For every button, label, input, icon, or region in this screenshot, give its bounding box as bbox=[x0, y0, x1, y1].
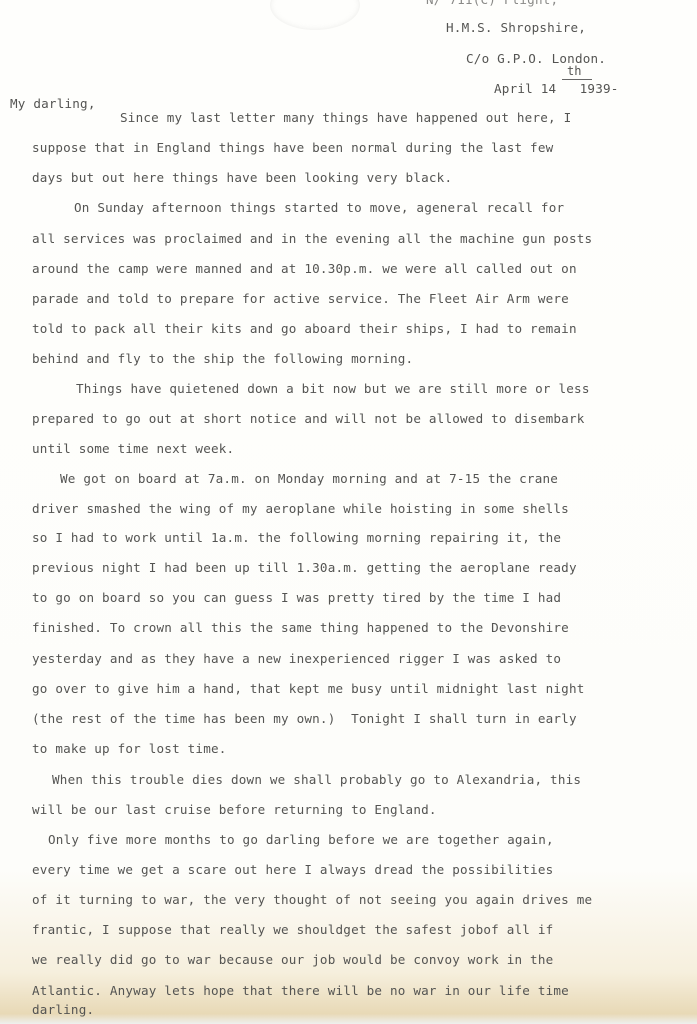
date-day: April 14 bbox=[494, 81, 556, 96]
letter-line: Things have quietened down a bit now but… bbox=[76, 381, 590, 396]
letter-line: to make up for lost time. bbox=[32, 741, 227, 756]
date-year: 1939- bbox=[580, 81, 619, 96]
letter-page: N/ 711(C) Flight, H.M.S. Shropshire, C/o… bbox=[0, 0, 697, 1024]
letter-line: driver smashed the wing of my aeroplane … bbox=[32, 501, 569, 516]
letter-line: finished. To crown all this the same thi… bbox=[32, 620, 569, 635]
embossed-seal bbox=[270, 0, 360, 30]
letter-line: frantic, I suppose that really we should… bbox=[32, 922, 553, 937]
letter-line: behind and fly to the ship the following… bbox=[32, 351, 413, 366]
letter-line: of it turning to war, the very thought o… bbox=[32, 892, 592, 907]
date-superscript: th bbox=[567, 64, 581, 78]
letter-line: we really did go to war because our job … bbox=[32, 952, 553, 967]
letter-line: told to pack all their kits and go aboar… bbox=[32, 321, 577, 336]
letter-line: prepared to go out at short notice and w… bbox=[32, 411, 585, 426]
header-date: April 14 1939- bbox=[494, 81, 619, 96]
letter-line: every time we get a scare out here I alw… bbox=[32, 862, 553, 877]
salutation: My darling, bbox=[10, 96, 96, 111]
letter-line: darling. bbox=[32, 1002, 94, 1017]
letter-line: will be our last cruise before returning… bbox=[32, 802, 437, 817]
letter-line: suppose that in England things have been… bbox=[32, 140, 553, 155]
header-address: C/o G.P.O. London. bbox=[466, 51, 606, 66]
letter-line: Atlantic. Anyway lets hope that there wi… bbox=[32, 983, 569, 998]
letter-line: days but out here things have been looki… bbox=[32, 170, 452, 185]
letter-line: until some time next week. bbox=[32, 441, 234, 456]
header-partial-line: N/ 711(C) Flight, bbox=[426, 0, 558, 7]
letter-line: parade and told to prepare for active se… bbox=[32, 291, 569, 306]
letter-line: previous night I had been up till 1.30a.… bbox=[32, 560, 577, 575]
letter-line: so I had to work until 1a.m. the followi… bbox=[32, 530, 561, 545]
letter-line: (the rest of the time has been my own.) … bbox=[32, 711, 577, 726]
letter-line: On Sunday afternoon things started to mo… bbox=[74, 200, 564, 215]
header-ship: H.M.S. Shropshire, bbox=[446, 20, 586, 35]
letter-line: Only five more months to go darling befo… bbox=[48, 832, 554, 847]
letter-line: all services was proclaimed and in the e… bbox=[32, 231, 592, 246]
letter-line: We got on board at 7a.m. on Monday morni… bbox=[60, 471, 558, 486]
letter-line: Since my last letter many things have ha… bbox=[120, 110, 571, 125]
letter-line: to go on board so you can guess I was pr… bbox=[32, 590, 561, 605]
letter-line: When this trouble dies down we shall pro… bbox=[52, 772, 581, 787]
letter-line: go over to give him a hand, that kept me… bbox=[32, 681, 585, 696]
letter-line: around the camp were manned and at 10.30… bbox=[32, 261, 577, 276]
letter-line: yesterday and as they have a new inexper… bbox=[32, 651, 561, 666]
date-superscript-rule bbox=[562, 79, 592, 80]
